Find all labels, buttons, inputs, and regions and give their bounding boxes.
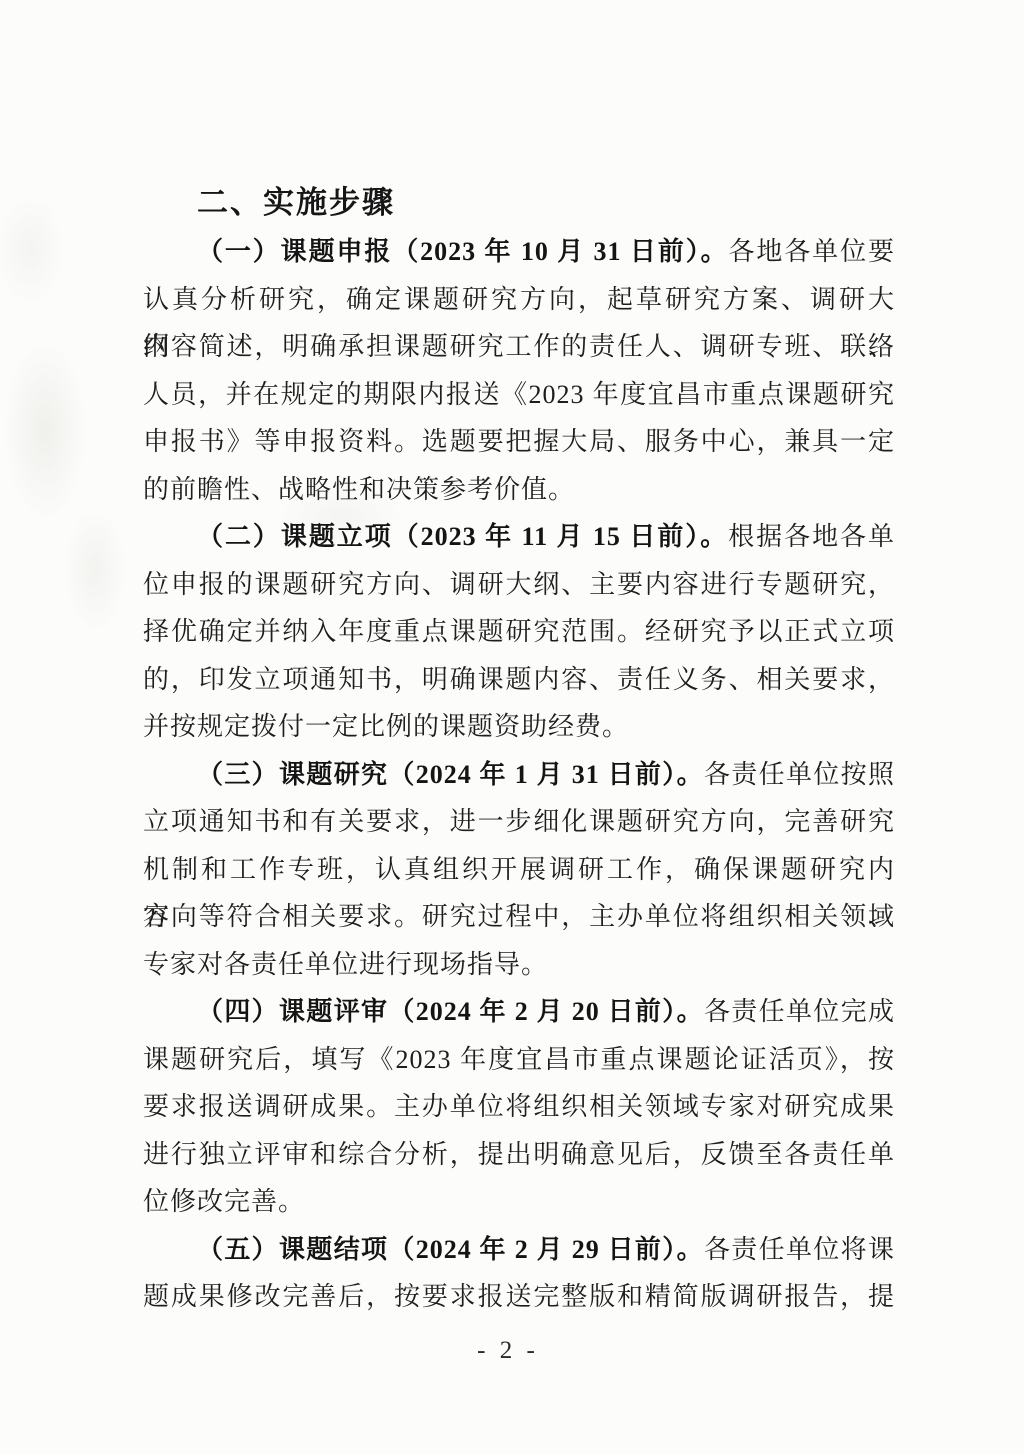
document-body: 二、实施步骤 （一）课题申报（2023 年 10 月 31 日前）。各地各单位要…: [143, 178, 895, 1369]
text-line: 要求报送调研成果。主办单位将组织相关领域专家对研究成果: [143, 1083, 895, 1131]
text-line: 的，印发立项通知书，明确课题内容、责任义务、相关要求，: [143, 656, 895, 704]
text-line: 位修改完善。: [143, 1178, 895, 1226]
text-line: 的前瞻性、战略性和决策参考价值。: [143, 466, 895, 514]
text-run: 各责任单位将课: [704, 1235, 895, 1264]
text-line: （二）课题立项（2023 年 11 月 15 日前）。根据各地各单: [143, 513, 895, 561]
text-line: （五）课题结项（2024 年 2 月 29 日前）。各责任单位将课: [143, 1226, 895, 1274]
text-line: 择优确定并纳入年度重点课题研究范围。经研究予以正式立项: [143, 608, 895, 656]
text-line: （三）课题研究（2024 年 1 月 31 日前）。各责任单位按照: [143, 751, 895, 799]
text-line: （一）课题申报（2023 年 10 月 31 日前）。各地各单位要: [143, 228, 895, 276]
text-line: （四）课题评审（2024 年 2 月 20 日前）。各责任单位完成: [143, 988, 895, 1036]
text-line: 并按规定拨付一定比例的课题资助经费。: [143, 703, 895, 751]
text-line: 进行独立评审和综合分析，提出明确意见后，反馈至各责任单: [143, 1131, 895, 1179]
paragraph-label: （四）课题评审（2024 年 2 月 20 日前）。: [197, 997, 704, 1026]
text-line: 方向等符合相关要求。研究过程中，主办单位将组织相关领域: [143, 893, 895, 941]
text-run: 各地各单位要: [729, 237, 895, 266]
text-line: 题成果修改完善后，按要求报送完整版和精简版调研报告，提: [143, 1273, 895, 1321]
text-line: 课题研究后，填写《2023 年度宜昌市重点课题论证活页》，按: [143, 1036, 895, 1084]
paragraph-label: （一）课题申报（2023 年 10 月 31 日前）。: [197, 237, 729, 266]
document-page: 二、实施步骤 （一）课题申报（2023 年 10 月 31 日前）。各地各单位要…: [0, 0, 1024, 1454]
text-run: 各责任单位完成: [704, 997, 895, 1026]
text-line: 申报书》等申报资料。选题要把握大局、服务中心，兼具一定: [143, 418, 895, 466]
text-line: 内容简述，明确承担课题研究工作的责任人、调研专班、联络: [143, 323, 895, 371]
text-run: 根据各地各单: [728, 522, 895, 551]
page-number: - 2 -: [143, 1333, 895, 1369]
text-line: 立项通知书和有关要求，进一步细化课题研究方向，完善研究: [143, 798, 895, 846]
text-line: 专家对各责任单位进行现场指导。: [143, 941, 895, 989]
paragraph-label: （五）课题结项（2024 年 2 月 29 日前）。: [197, 1235, 704, 1264]
paragraph-label: （二）课题立项（2023 年 11 月 15 日前）。: [197, 522, 728, 551]
text-line: 位申报的课题研究方向、调研大纲、主要内容进行专题研究，: [143, 561, 895, 609]
text-run: 各责任单位按照: [704, 760, 895, 789]
text-line: 认真分析研究，确定课题研究方向，起草研究方案、调研大纲、: [143, 276, 895, 324]
paragraph-label: （三）课题研究（2024 年 1 月 31 日前）。: [197, 760, 704, 789]
section-heading: 二、实施步骤: [143, 178, 895, 228]
text-line: 人员，并在规定的期限内报送《2023 年度宜昌市重点课题研究: [143, 371, 895, 419]
text-line: 机制和工作专班，认真组织开展调研工作，确保课题研究内容、: [143, 846, 895, 894]
